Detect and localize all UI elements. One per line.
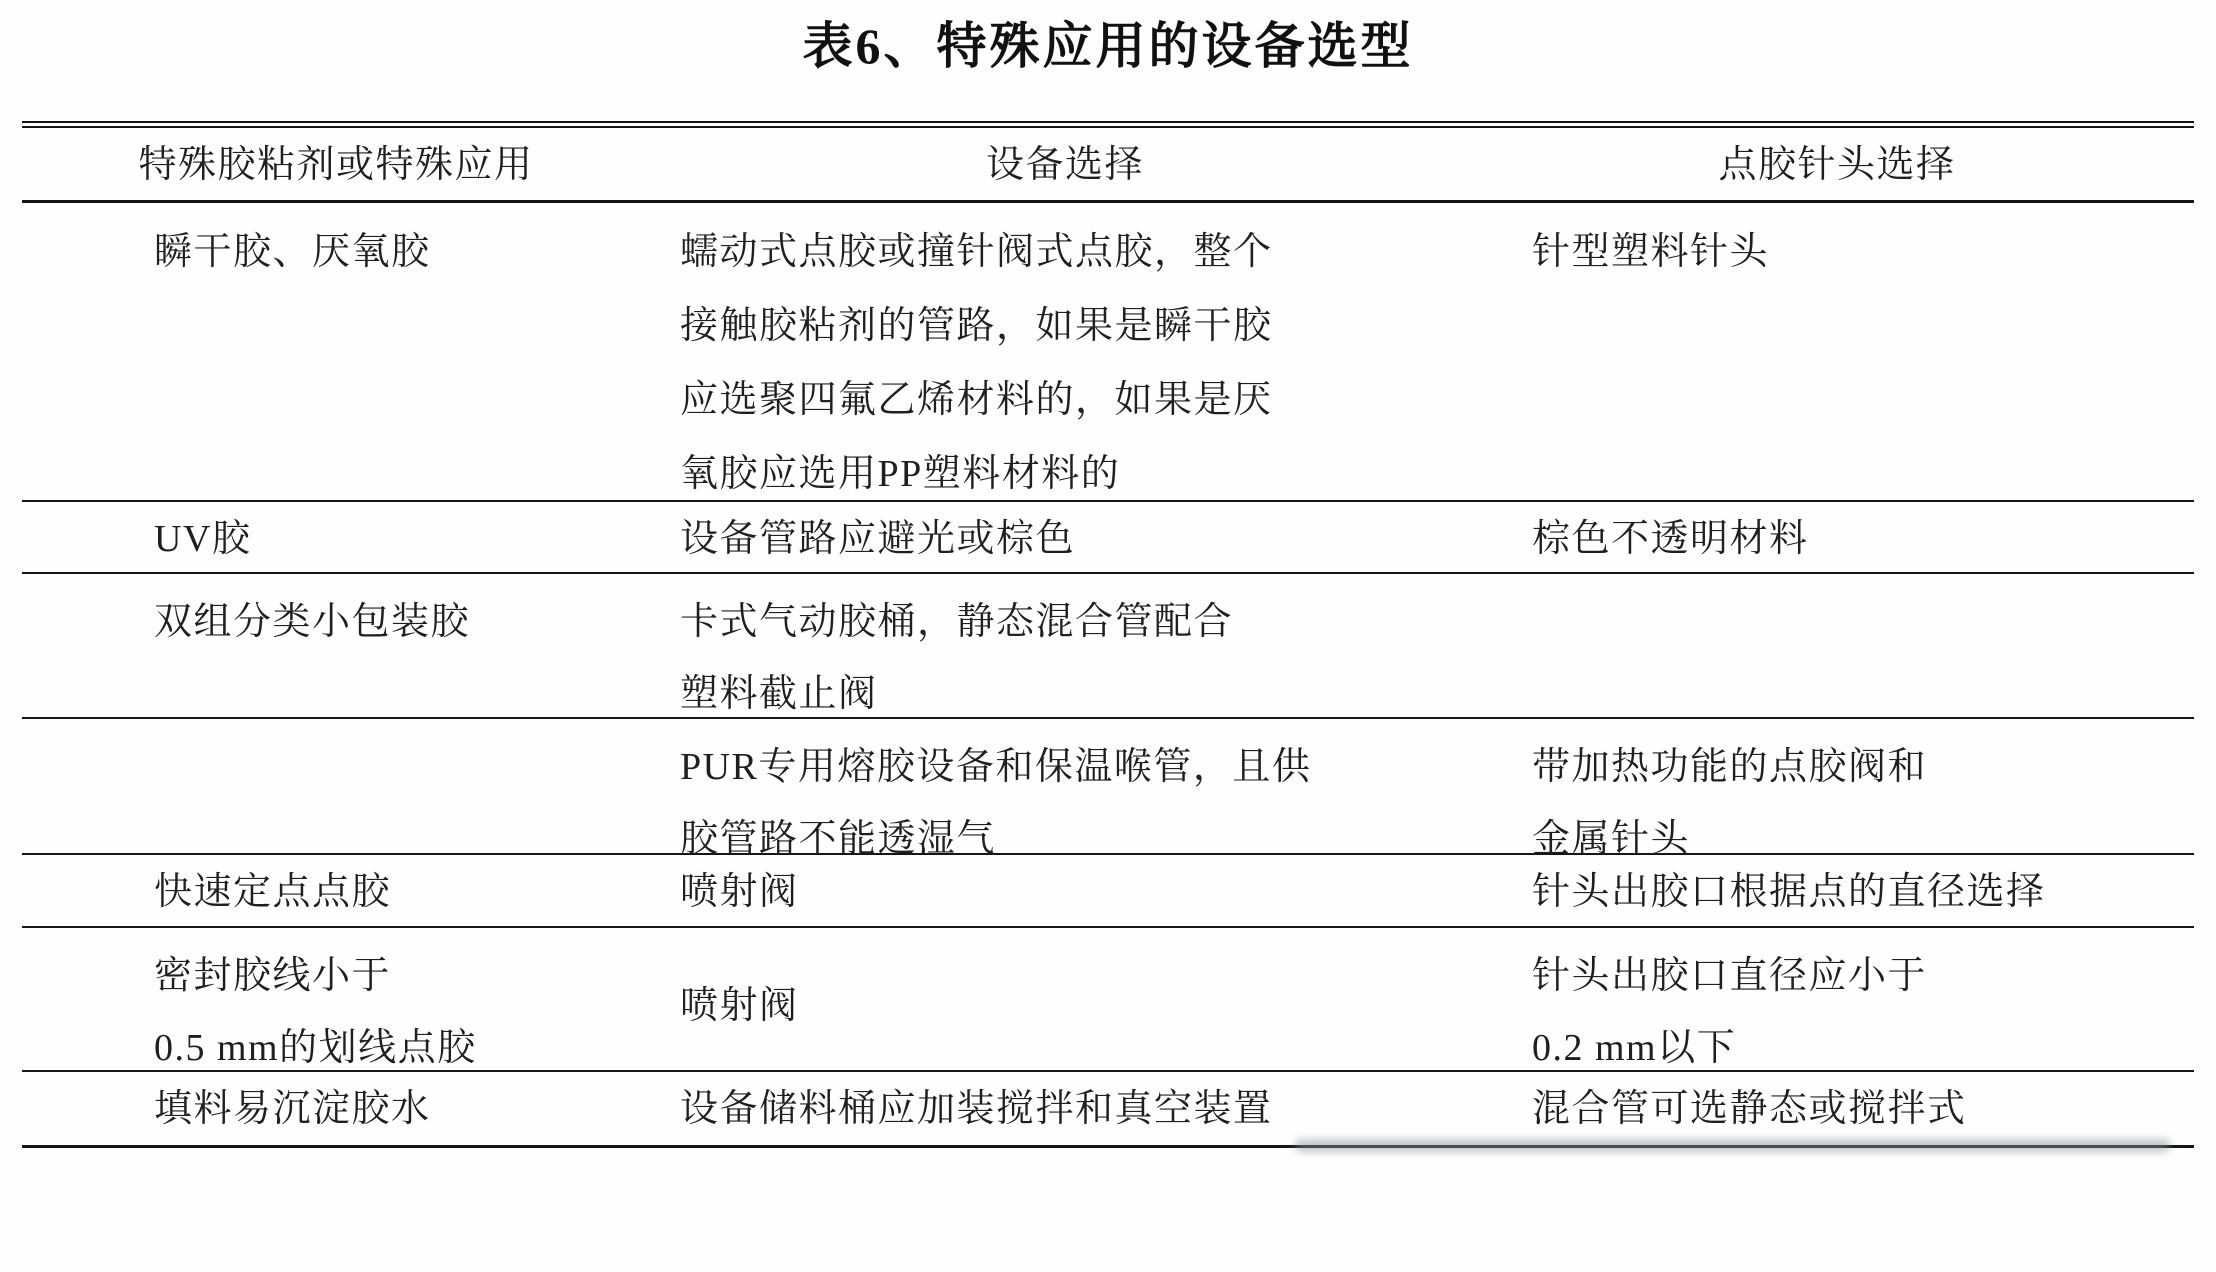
needle-cell: 针头出胶口根据点的直径选择 (1480, 855, 2194, 929)
equipment-cell: 喷射阀 (650, 855, 1480, 929)
cell-line: 混合管可选静态或搅拌式 (1532, 1072, 2194, 1146)
table-row: 快速定点点胶 喷射阀 针头出胶口根据点的直径选择 (22, 855, 2194, 928)
cell-line: UV胶 (154, 502, 650, 576)
cell-line: 瞬干胶、厌氧胶 (154, 215, 650, 289)
cell-line: PUR专用熔胶设备和保温喉管，且供 (680, 731, 1480, 803)
application-cell: 快速定点点胶 (22, 855, 650, 929)
equipment-cell: PUR专用熔胶设备和保温喉管，且供 胶管路不能透湿气 (650, 719, 1480, 875)
table-row: PUR专用熔胶设备和保温喉管，且供 胶管路不能透湿气 带加热功能的点胶阀和 金属… (22, 719, 2194, 855)
cell-line: 氧胶应选用PP塑料材料的 (680, 437, 1480, 511)
cell-line: 棕色不透明材料 (1532, 502, 2194, 576)
application-cell: 双组分类小包装胶 (22, 574, 650, 730)
needle-cell: 棕色不透明材料 (1480, 502, 2194, 576)
application-cell: 密封胶线小于 0.5 mm的划线点胶 (22, 928, 650, 1084)
equipment-selection-table: 特殊胶粘剂或特殊应用 设备选择 点胶针头选择 瞬干胶、厌氧胶 蠕动式点胶或撞针阀… (22, 121, 2194, 1148)
table-title: 表6、特殊应用的设备选型 (0, 6, 2216, 78)
application-cell-empty (22, 719, 650, 875)
header-application: 特殊胶粘剂或特殊应用 (22, 128, 650, 202)
table-row: 瞬干胶、厌氧胶 蠕动式点胶或撞针阀式点胶，整个 接触胶粘剂的管路，如果是瞬干胶 … (22, 203, 2194, 502)
equipment-cell: 喷射阀 (650, 928, 1480, 1084)
application-cell: 填料易沉淀胶水 (22, 1072, 650, 1146)
cell-line: 双组分类小包装胶 (154, 586, 650, 658)
cell-line: 带加热功能的点胶阀和 (1532, 731, 2194, 803)
cell-line: 针头出胶口直径应小于 (1532, 940, 2194, 1012)
needle-cell: 带加热功能的点胶阀和 金属针头 (1480, 719, 2194, 875)
table-header-row: 特殊胶粘剂或特殊应用 设备选择 点胶针头选择 (22, 128, 2194, 203)
cell-line: 接触胶粘剂的管路，如果是瞬干胶 (680, 289, 1480, 363)
table-row: 密封胶线小于 0.5 mm的划线点胶 喷射阀 针头出胶口直径应小于 0.2 mm… (22, 928, 2194, 1072)
header-equipment: 设备选择 (650, 128, 1480, 202)
equipment-cell: 设备管路应避光或棕色 (650, 502, 1480, 576)
table-row: 双组分类小包装胶 卡式气动胶桶，静态混合管配合 塑料截止阀 (22, 574, 2194, 719)
equipment-cell: 设备储料桶应加装搅拌和真空装置 (650, 1072, 1480, 1146)
application-cell: UV胶 (22, 502, 650, 576)
cell-line: 喷射阀 (680, 855, 1480, 929)
equipment-cell: 卡式气动胶桶，静态混合管配合 塑料截止阀 (650, 574, 1480, 730)
cell-line: 卡式气动胶桶，静态混合管配合 (680, 586, 1480, 658)
scan-artifact-smudge (1295, 1139, 2170, 1152)
table-row: 填料易沉淀胶水 设备储料桶应加装搅拌和真空装置 混合管可选静态或搅拌式 (22, 1072, 2194, 1148)
cell-line: 喷射阀 (680, 970, 1480, 1042)
header-needle: 点胶针头选择 (1480, 128, 2194, 202)
cell-line: 填料易沉淀胶水 (154, 1072, 650, 1146)
needle-cell: 针型塑料针头 (1480, 203, 2194, 511)
scanned-document-page: 表6、特殊应用的设备选型 特殊胶粘剂或特殊应用 设备选择 点胶针头选择 瞬干胶、… (0, 0, 2216, 1272)
cell-line: 设备储料桶应加装搅拌和真空装置 (680, 1072, 1480, 1146)
table-row: UV胶 设备管路应避光或棕色 棕色不透明材料 (22, 502, 2194, 574)
needle-cell: 混合管可选静态或搅拌式 (1480, 1072, 2194, 1146)
needle-cell-empty (1480, 574, 2194, 730)
cell-line: 快速定点点胶 (154, 855, 650, 929)
cell-line: 应选聚四氟乙烯材料的，如果是厌 (680, 363, 1480, 437)
cell-line: 设备管路应避光或棕色 (680, 502, 1480, 576)
cell-line: 针型塑料针头 (1532, 215, 2194, 289)
equipment-cell: 蠕动式点胶或撞针阀式点胶，整个 接触胶粘剂的管路，如果是瞬干胶 应选聚四氟乙烯材… (650, 203, 1480, 511)
application-cell: 瞬干胶、厌氧胶 (22, 203, 650, 511)
cell-line: 密封胶线小于 (154, 940, 650, 1012)
needle-cell: 针头出胶口直径应小于 0.2 mm以下 (1480, 928, 2194, 1084)
cell-line: 针头出胶口根据点的直径选择 (1532, 855, 2194, 929)
cell-line: 蠕动式点胶或撞针阀式点胶，整个 (680, 215, 1480, 289)
